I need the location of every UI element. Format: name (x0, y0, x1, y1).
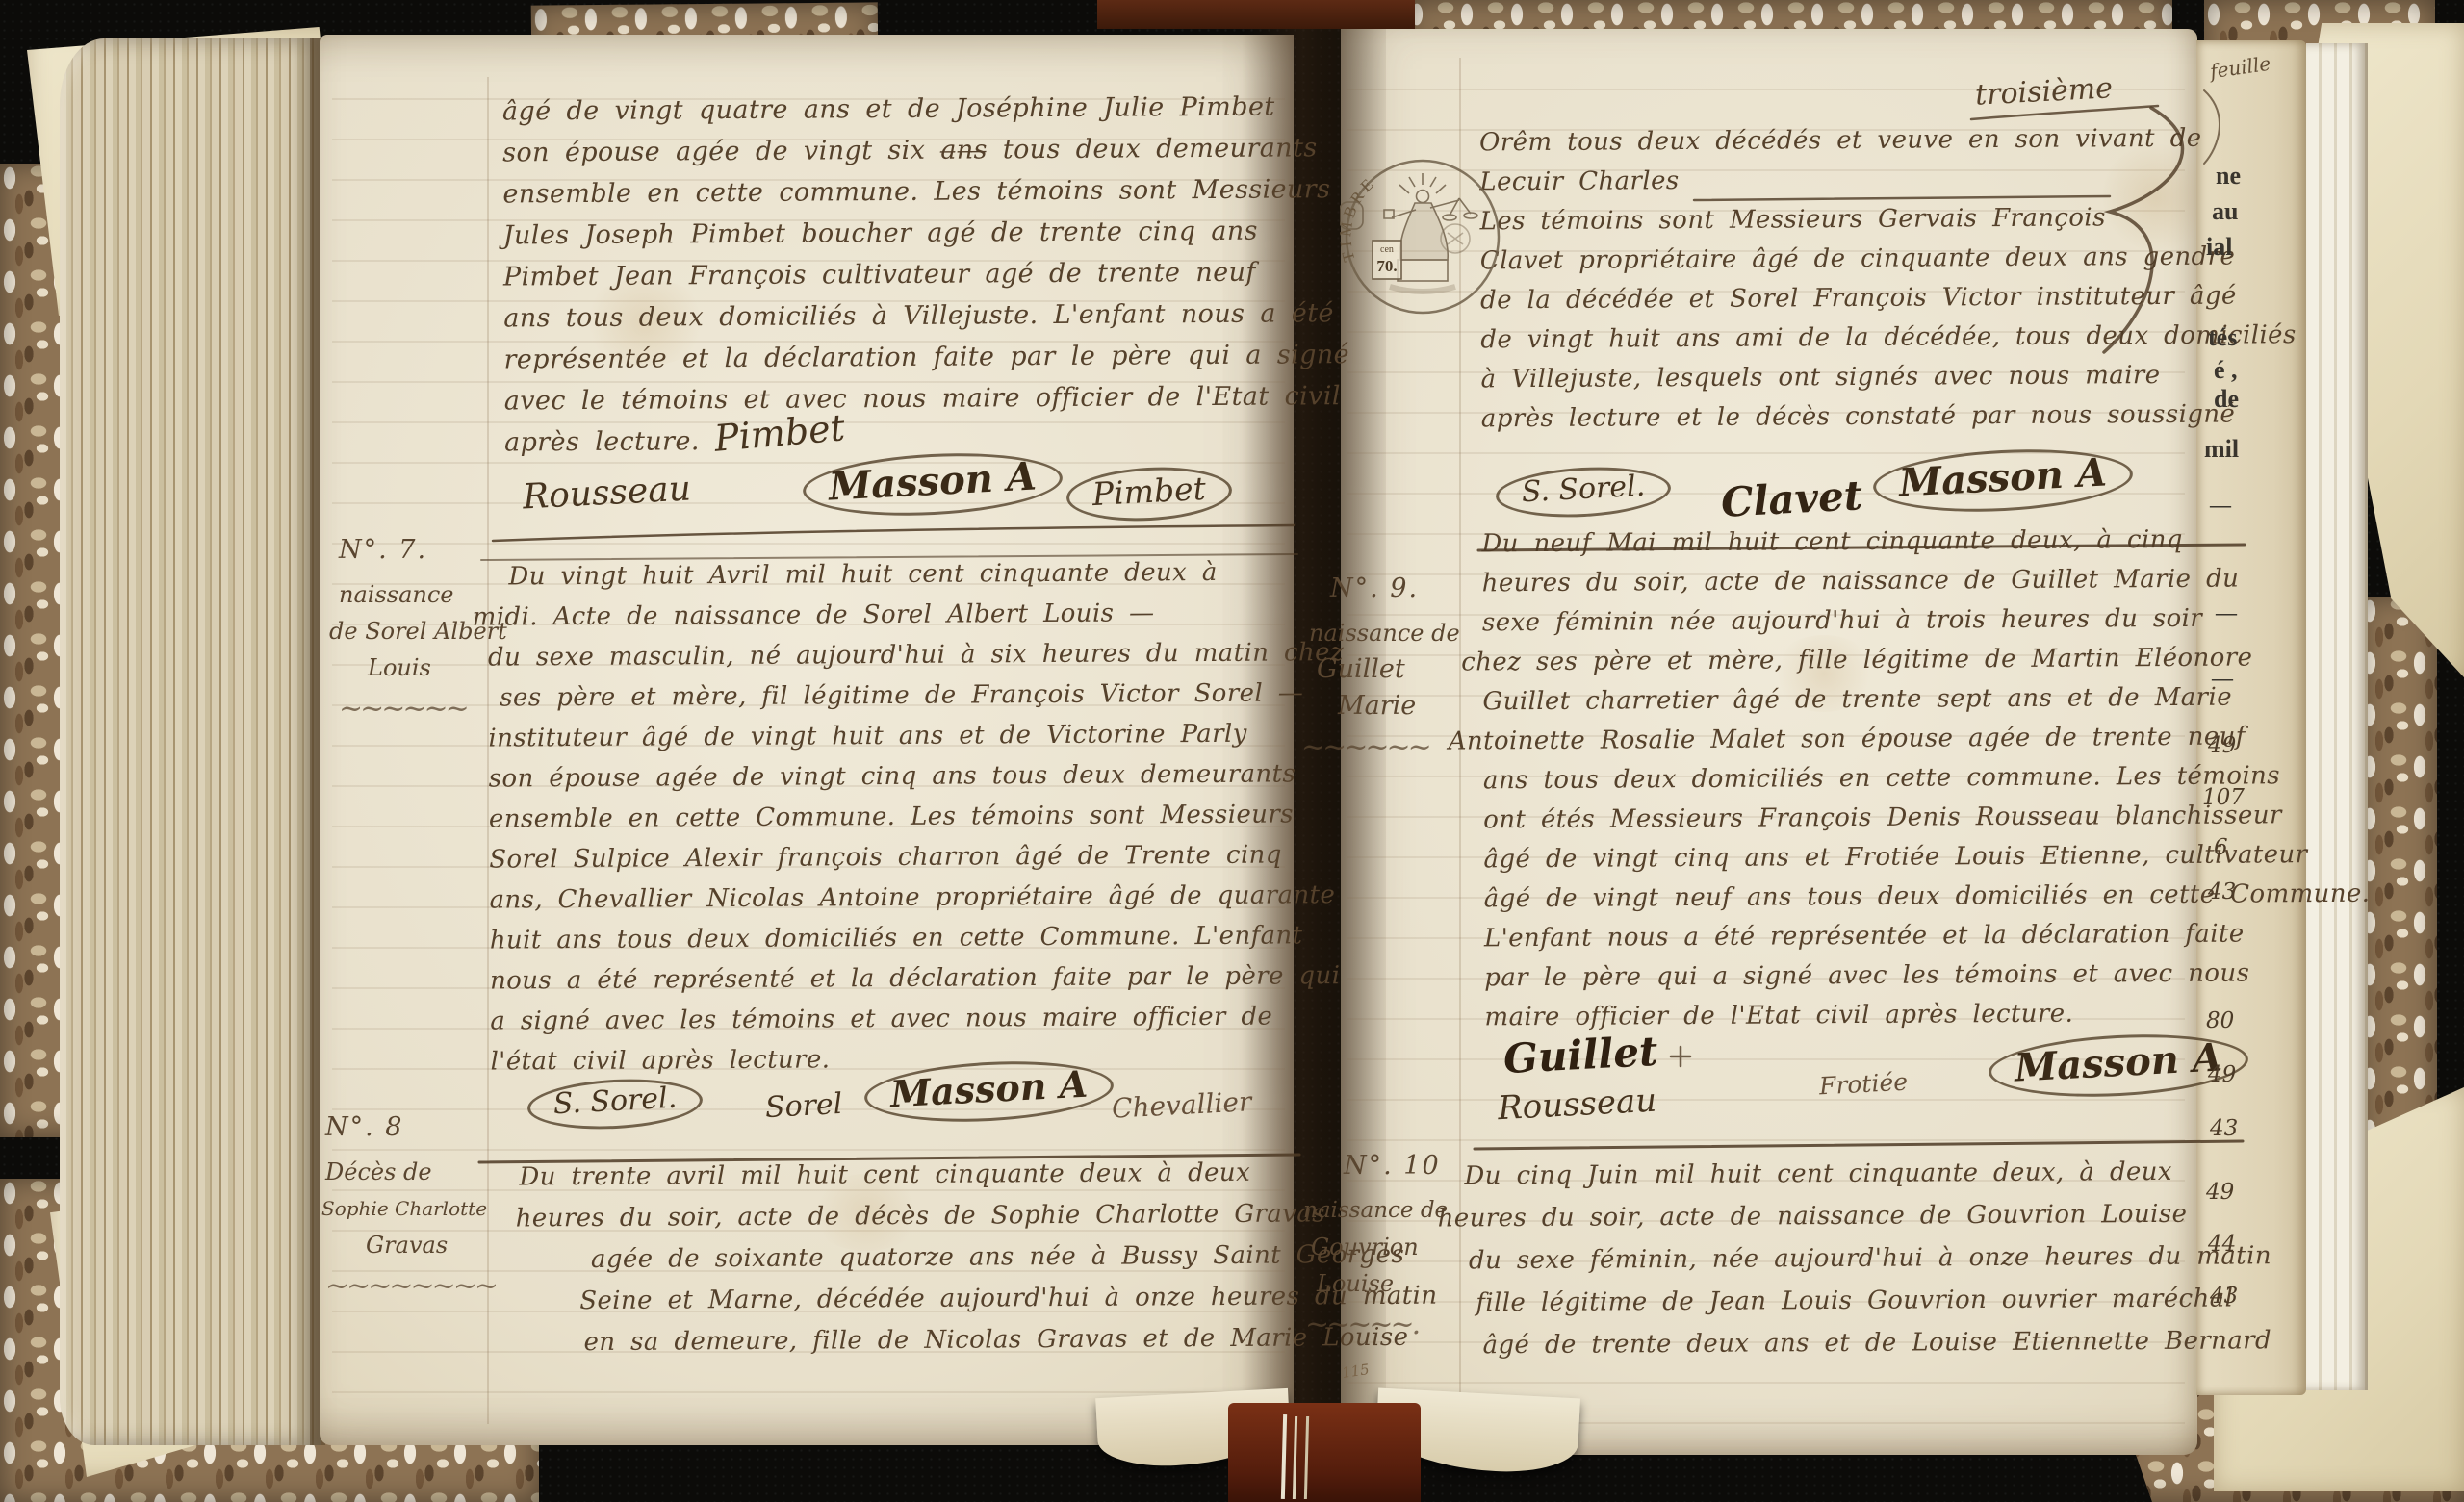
stamp-value: 70. (1376, 257, 1397, 275)
handwritten-line: en sa demeure, fille de Nicolas Gravas e… (583, 1318, 1299, 1364)
edge-number: 80 (2206, 1008, 2234, 1033)
handwritten-line: Guillet (1317, 651, 1460, 688)
handwritten-line: naissance de (1303, 1192, 1448, 1229)
signature-guillet: Guillet (1502, 1028, 1659, 1082)
handwritten-line: ensemble en cette commune. Les témoins s… (502, 169, 1287, 216)
handwritten-line: ensemble en cette Commune. Les témoins s… (489, 794, 1293, 839)
edge-printed-fragment: ne (2216, 162, 2241, 191)
handwritten-line: son épouse agée de vingt cinq ans tous d… (489, 753, 1293, 799)
handwritten-line: âgé de trente deux ans et de Louise Etie… (1482, 1319, 2237, 1366)
handwritten-line: Gravas (366, 1227, 496, 1263)
edge-printed-rule: — (2212, 666, 2233, 691)
handwritten-line: ont étés Messieurs François Denis Rousse… (1483, 797, 2232, 841)
handwritten-line: Du cinq Juin mil huit cent cinquante deu… (1464, 1150, 2236, 1197)
margin-lines: naissance deGuilletMarie (1330, 615, 1460, 725)
edge-number: 43 (2208, 879, 2236, 904)
signature-sorel: Sorel (764, 1087, 843, 1125)
handwritten-line: midi. Acte de naissance de Sorel Albert … (473, 592, 1292, 637)
edge-printed-rule: — (2210, 493, 2231, 518)
edge-printed-fragment: de (2214, 385, 2239, 414)
edge-printed-rule: — (2216, 600, 2237, 625)
handwritten-line: L'enfant nous a été représentée et la dé… (1484, 915, 2233, 959)
handwritten-line: Les témoins sont Messieurs Gervais Franç… (1480, 198, 2226, 242)
handwritten-line: naissance de (1309, 615, 1460, 651)
handwritten-line: par le père qui a signé avec les témoins… (1484, 955, 2233, 999)
revenue-stamp-icon: TIMBRE cen 70. (1340, 152, 1505, 321)
record-number: N°. 9. (1330, 573, 1460, 603)
handwritten-line: Clavet propriétaire âgé de cinquante deu… (1480, 238, 2226, 282)
handwritten-line: fille légitime de Jean Louis Gouvrion ou… (1476, 1277, 2237, 1324)
handwritten-line: ans tous deux domiciliés en cette commun… (1483, 757, 2232, 802)
entry-continued-left: âgé de vingt quatre ans et de Joséphine … (502, 87, 1289, 464)
handwritten-line: ans, Chevallier Nicolas Antoine propriét… (489, 875, 1293, 920)
register-book-photograph: âgé de vingt quatre ans et de Joséphine … (0, 0, 2464, 1502)
page-edge-stack-left (60, 38, 321, 1445)
paraph-flourish: ~~~~~~~~ (325, 1269, 496, 1303)
handwritten-line: âgé de vingt quatre ans et de Joséphine … (502, 87, 1287, 133)
handwritten-line: nous a été représenté et la déclaration … (490, 955, 1294, 1001)
paraph-flourish: ~~~~~. (1305, 1308, 1448, 1341)
handwritten-line: âgé de vingt neuf ans tous deux domicili… (1484, 876, 2233, 920)
handwritten-line: huit ans tous deux domiciliés en cette C… (490, 915, 1294, 960)
handwritten-line: heures du soir, acte de naissance de Gui… (1482, 560, 2231, 604)
edge-number: 107 (2202, 785, 2245, 810)
signature-frotiee: Frotiée (1818, 1068, 1908, 1101)
paraph-flourish: ~~~~~~ (1301, 730, 1460, 764)
edge-printed-fragment: mil (2204, 435, 2239, 464)
handwritten-line: Louise (1317, 1265, 1448, 1302)
margin-lines: naissance deGouvrionLouise (1344, 1192, 1448, 1302)
edge-number: 6 (2214, 835, 2228, 860)
margin-note-record-8: N°. 8 Décès deSophie CharlotteGravas ~~~… (325, 1112, 496, 1303)
handwritten-line: Pimbet Jean François cultivateur agé de … (503, 252, 1288, 298)
handwritten-line: Sophie Charlotte (321, 1190, 496, 1227)
handwritten-line: de vingt huit ans ami de la décédée, tou… (1480, 317, 2226, 361)
handwritten-line: instituteur âgé de vingt huit ans et de … (488, 713, 1292, 758)
handwritten-line: Décès de (325, 1154, 496, 1190)
spine-top-leather (1097, 0, 1415, 29)
handwritten-line: Gouvrion (1311, 1229, 1448, 1265)
handwritten-line: Antoinette Rosalie Malet son épouse agée… (1449, 718, 2232, 762)
handwritten-line: Seine et Marne, décédée aujourd'hui à on… (579, 1277, 1299, 1323)
handwritten-line: âgé de vingt cinq ans et Frotiée Louis E… (1483, 836, 2232, 880)
margin-note-record-10: N°. 10 naissance deGouvrionLouise ~~~~~. (1344, 1151, 1448, 1341)
handwritten-line: avec le témoins et avec nous maire offic… (504, 376, 1289, 422)
edge-printed-fragment: au (2212, 197, 2238, 226)
handwritten-line: Guillet charretier âgé de trente sept an… (1482, 678, 2231, 723)
handwritten-line: Du neuf Mai mil huit cent cinquante deux… (1481, 521, 2230, 565)
handwritten-line: agée de soixante quatorze ans née à Buss… (591, 1235, 1299, 1281)
margin-lines: Décès deSophie CharlotteGravas (325, 1154, 496, 1263)
handwritten-line: son épouse agée de vingt six a̶n̶s̶ tous… (502, 128, 1287, 174)
edge-printed-fragment: é , (2214, 356, 2238, 385)
record-number: N°. 7. (339, 535, 507, 565)
handwritten-line: heures du soir, acte de naissance de Gou… (1438, 1192, 2237, 1239)
handwritten-line: sexe féminin née aujourd'hui à trois heu… (1482, 599, 2231, 644)
spine-bottom-leather (1228, 1403, 1421, 1502)
edge-number: 43 (2210, 1116, 2238, 1141)
handwritten-line: représentée et la déclaration faite par … (503, 335, 1288, 381)
edge-number: 44 (2208, 1232, 2236, 1257)
handwritten-line: Du vingt huit Avril mil huit cent cinqua… (508, 551, 1291, 597)
handwritten-line: chez ses père et mère, fille légitime de… (1461, 639, 2231, 683)
page-header-word: troisième (1974, 71, 2114, 112)
handwritten-line: du sexe masculin, né aujourd'hui à six h… (488, 632, 1292, 677)
handwritten-line: heures du soir, acte de décès de Sophie … (516, 1194, 1299, 1240)
handwritten-line: ans tous deux domiciliés à Villejuste. L… (503, 293, 1288, 340)
handwritten-line: Lecuir Charles (1479, 159, 2225, 203)
page-edge-stack-right (2306, 43, 2368, 1390)
edge-printed-fragment: tés (2208, 323, 2237, 352)
handwritten-line: ses père et mère, fil légitime de Franço… (500, 673, 1292, 718)
handwritten-line: a signé avec les témoins et avec nous ma… (490, 996, 1294, 1041)
record-number: N°. 8 (325, 1112, 496, 1142)
record-number: N°. 10 (1344, 1151, 1448, 1181)
handwritten-line: à Villejuste, lesquels ont signés avec n… (1481, 356, 2227, 400)
edge-number: 49 (2206, 1180, 2234, 1205)
paraph-flourish: ~~~~~~ (339, 692, 507, 726)
edge-number: 49 (2208, 733, 2236, 758)
handwritten-line: Louis (368, 649, 507, 686)
handwritten-line: de la décédée et Sorel François Victor i… (1480, 277, 2226, 321)
edge-printed-fragment: ial (2206, 233, 2232, 262)
entry-continued-right: Orêm tous deux décédés et veuve en son v… (1479, 119, 2227, 440)
handwritten-line: Marie (1338, 688, 1460, 725)
signature-clavet: Clavet (1720, 471, 1863, 526)
record-10-entry: Du cinq Juin mil huit cent cinquante deu… (1437, 1150, 2237, 1366)
handwritten-line: du sexe féminin, née aujourd'hui à onze … (1469, 1235, 2237, 1282)
edge-number: 49 (2208, 1062, 2236, 1087)
margin-note-record-9: N°. 9. naissance deGuilletMarie ~~~~~~ (1330, 573, 1460, 764)
handwritten-line: après lecture et le décès constaté par n… (1481, 395, 2227, 440)
record-8-entry: Du trente avril mil huit cent cinquante … (519, 1153, 1299, 1364)
stamp-unit: cen (1380, 244, 1394, 255)
handwritten-line: Sorel Sulpice Alexir françois charron âg… (489, 834, 1293, 879)
record-9-entry: Du neuf Mai mil huit cent cinquante deux… (1481, 521, 2233, 1038)
handwritten-line: Orêm tous deux décédés et veuve en son v… (1479, 119, 2225, 164)
handwritten-line: Jules Joseph Pimbet boucher agé de trent… (503, 211, 1288, 257)
record-7-entry: Du vingt huit Avril mil huit cent cinqua… (487, 551, 1294, 1082)
edge-number: 43 (2210, 1284, 2238, 1309)
handwritten-line: Du trente avril mil huit cent cinquante … (519, 1153, 1298, 1199)
